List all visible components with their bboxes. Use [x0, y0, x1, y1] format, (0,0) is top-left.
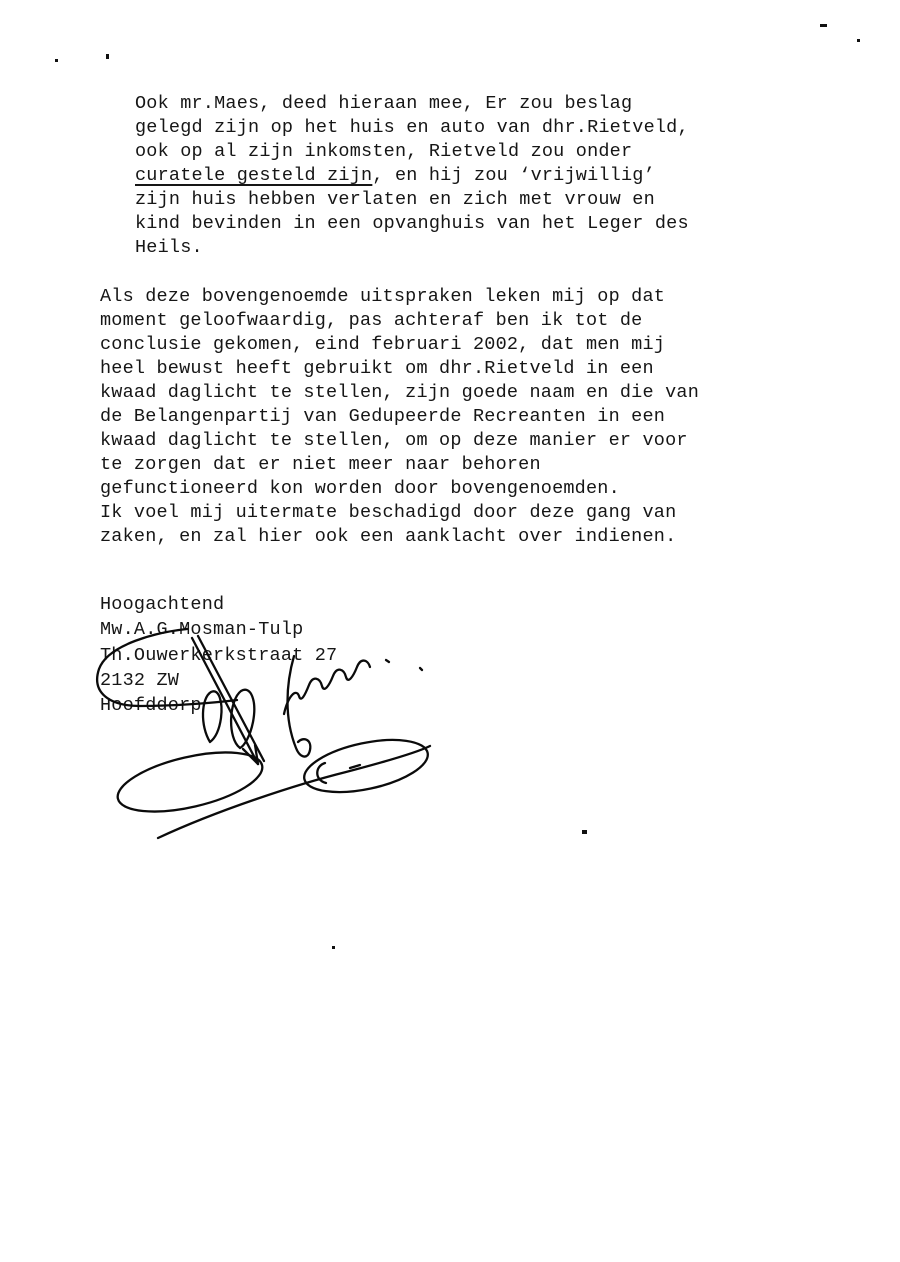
letter-line: kind bevinden in een opvanghuis van het …: [135, 212, 689, 236]
scanned-letter-page: Ook mr.Maes, deed hieraan mee, Er zou be…: [0, 0, 900, 1262]
letter-line: zaken, en zal hier ook een aanklacht ove…: [100, 525, 699, 549]
letter-line-rest: , en hij zou ‘vrijwillig’: [372, 165, 655, 186]
signature-stroke: [203, 691, 222, 742]
signature-stroke: [112, 741, 267, 823]
letter-line: heel bewust heeft gebruikt om dhr.Rietve…: [100, 357, 699, 381]
signature-stroke: [386, 660, 389, 662]
letter-line: gelegd zijn op het huis en auto van dhr.…: [135, 116, 689, 140]
paragraph-conclusion: Als deze bovengenoemde uitspraken leken …: [100, 285, 699, 549]
letter-line: Ik voel mij uitermate beschadigd door de…: [100, 501, 699, 525]
letter-line: zijn huis hebben verlaten en zich met vr…: [135, 188, 689, 212]
scan-speck-tick: [106, 54, 109, 59]
handwritten-signature: [88, 596, 458, 851]
letter-line: kwaad daglicht te stellen, om op deze ma…: [100, 429, 699, 453]
letter-line: Heils.: [135, 236, 689, 260]
letter-line: te zorgen dat er niet meer naar behoren: [100, 453, 699, 477]
signature-stroke: [288, 656, 311, 757]
letter-line: de Belangenpartij van Gedupeerde Recrean…: [100, 405, 699, 429]
scan-speck-dot: [332, 946, 335, 949]
letter-line: ook op al zijn inkomsten, Rietveld zou o…: [135, 140, 689, 164]
signature-stroke: [420, 668, 422, 670]
letter-line: Als deze bovengenoemde uitspraken leken …: [100, 285, 699, 309]
signature-stroke: [158, 746, 430, 838]
letter-line: kwaad daglicht te stellen, zijn goede na…: [100, 381, 699, 405]
paragraph-quoted-claims: Ook mr.Maes, deed hieraan mee, Er zou be…: [135, 92, 689, 260]
scan-speck-quote: [582, 830, 587, 834]
scan-speck-dot: [857, 39, 860, 42]
letter-line: conclusie gekomen, eind februari 2002, d…: [100, 333, 699, 357]
signature-stroke: [192, 638, 258, 764]
letter-line: gefunctioneerd kon worden door bovengeno…: [100, 477, 699, 501]
underlined-phrase: curatele gesteld zijn: [135, 165, 372, 186]
letter-line-with-underline: curatele gesteld zijn, en hij zou ‘vrijw…: [135, 164, 689, 188]
scan-speck-dash: [820, 24, 827, 27]
scan-speck-dot: [55, 59, 58, 62]
signature-stroke: [284, 661, 370, 714]
signature-stroke: [97, 629, 237, 706]
letter-line: Ook mr.Maes, deed hieraan mee, Er zou be…: [135, 92, 689, 116]
letter-line: moment geloofwaardig, pas achteraf ben i…: [100, 309, 699, 333]
signature-stroke: [317, 763, 326, 783]
